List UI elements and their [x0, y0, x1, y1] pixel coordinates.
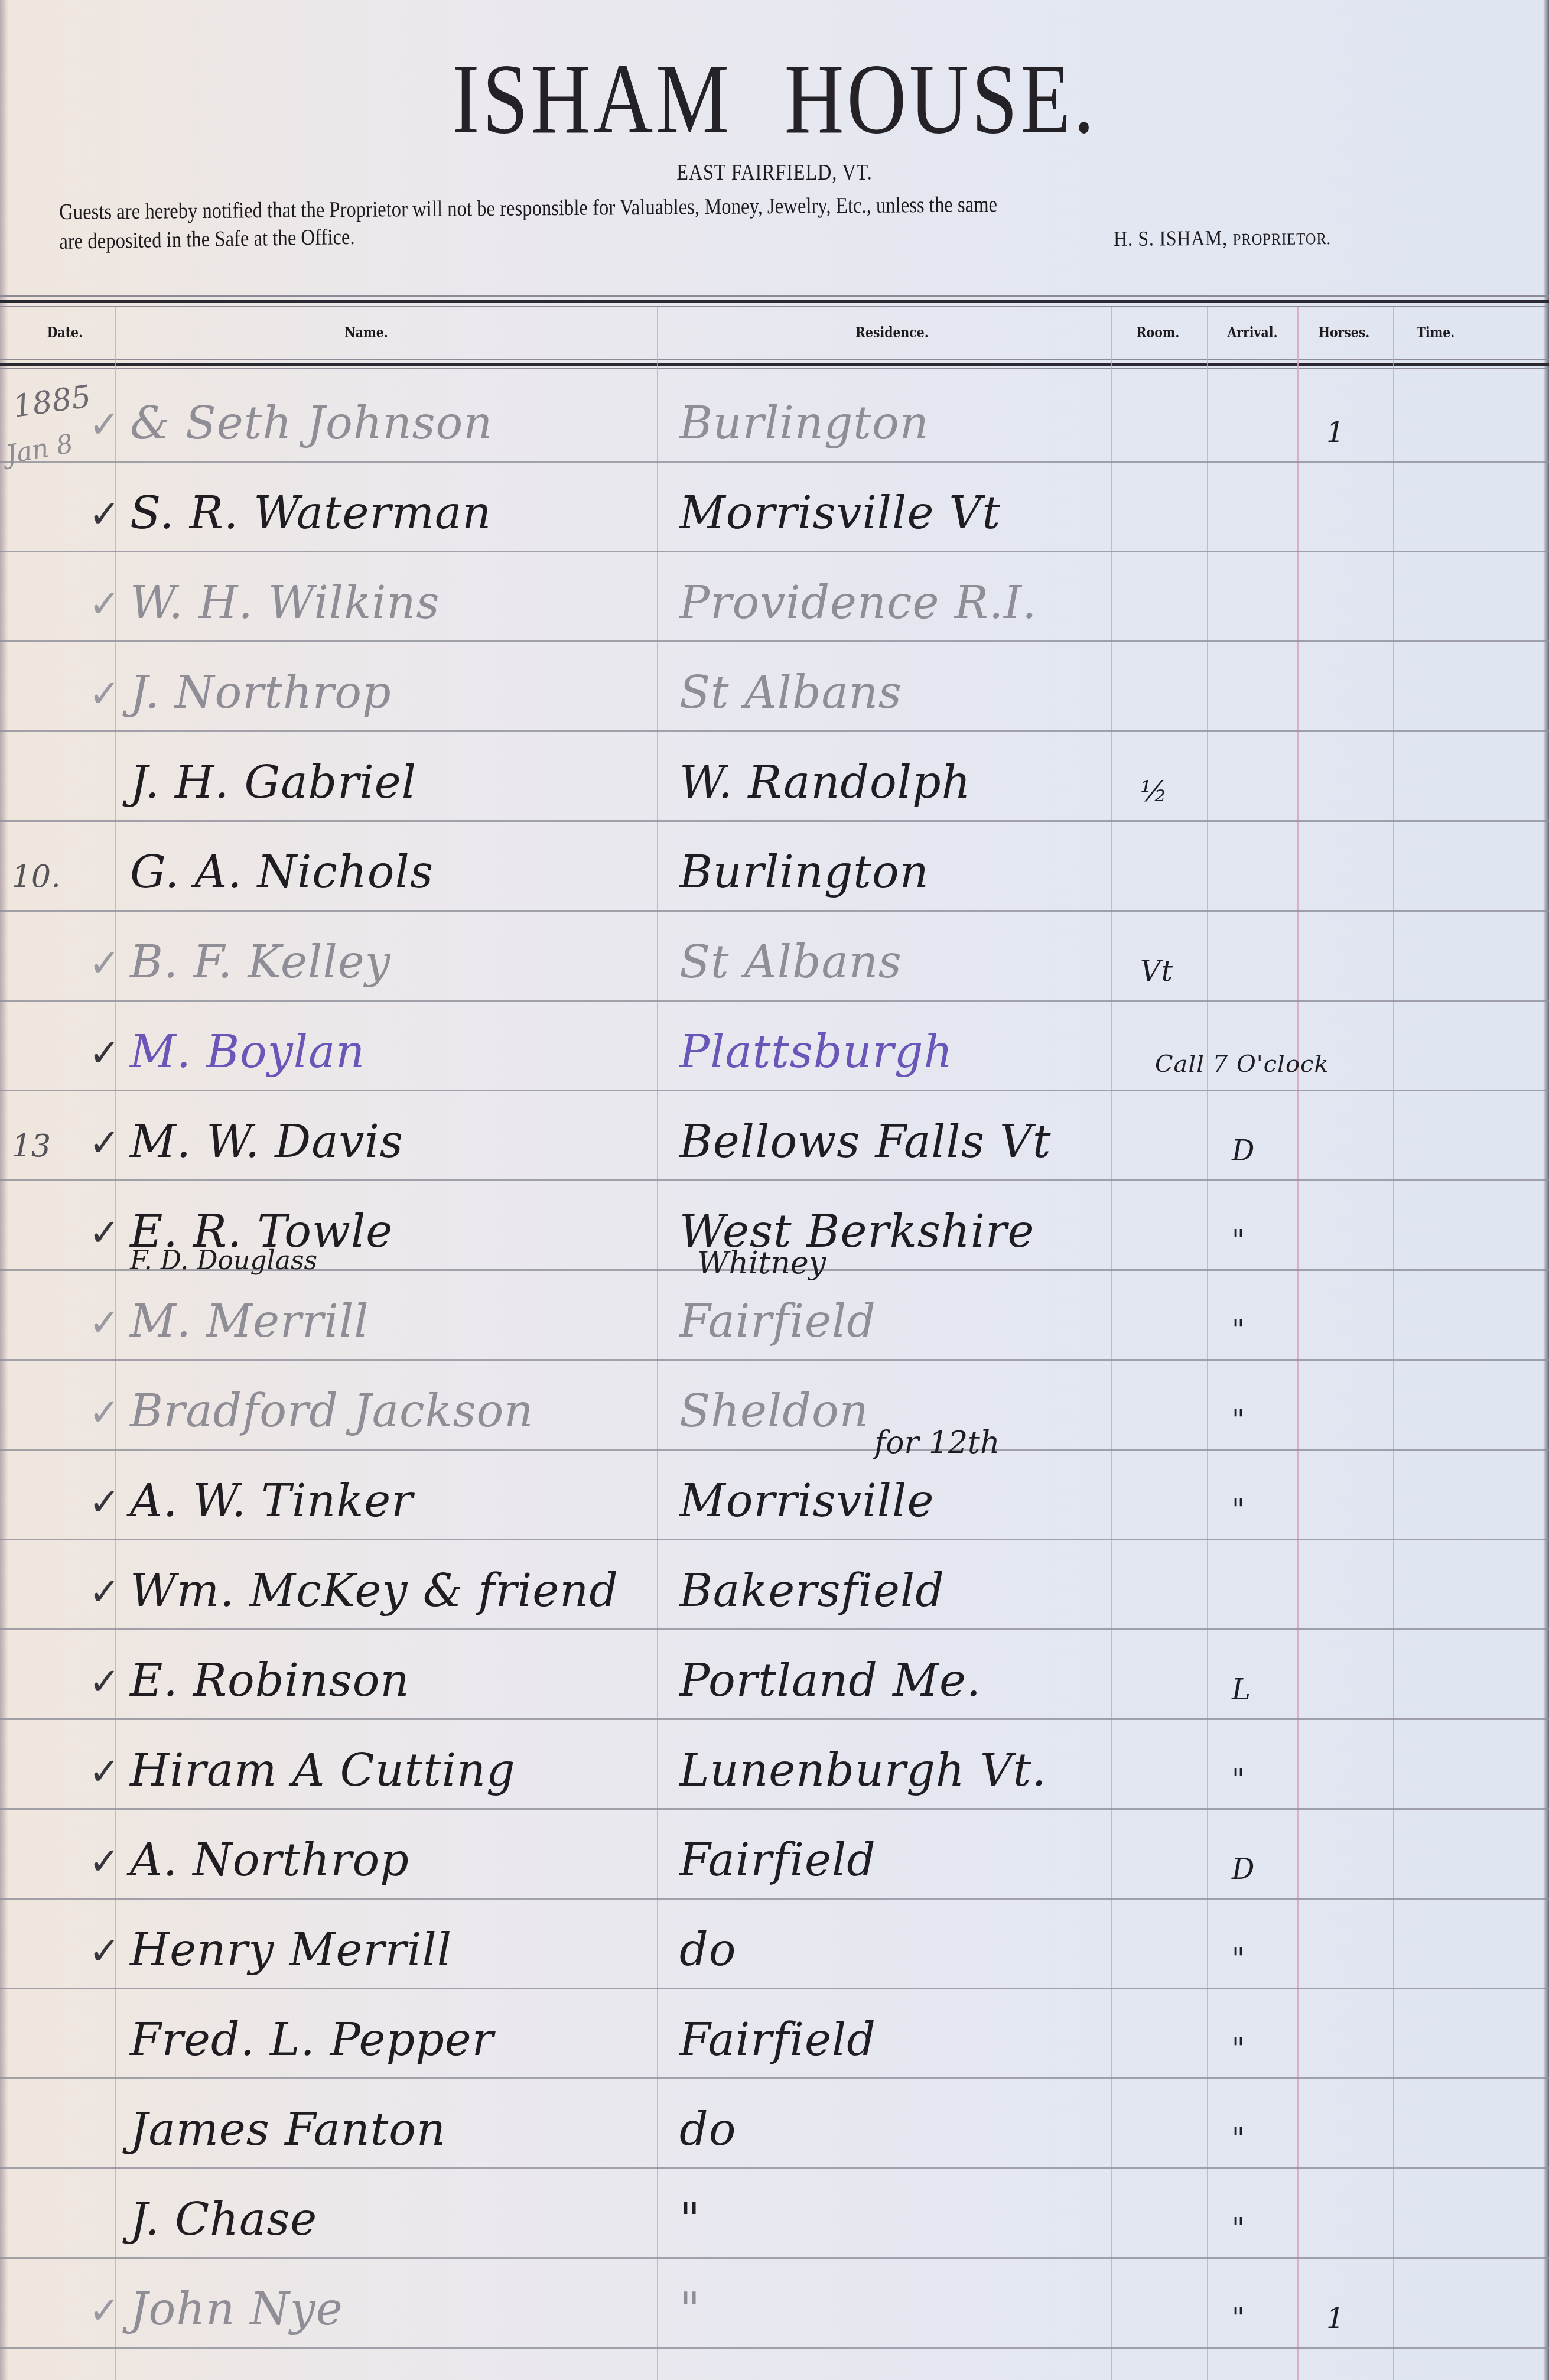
checkmark-icon: ✓ — [89, 1660, 121, 1704]
register-row: ✓ M. Merrill Fairfield " F. D. DouglassW… — [0, 1269, 1549, 1358]
checkmark-icon: ✓ — [89, 1391, 121, 1435]
guest-residence: Plattsburgh — [679, 1025, 953, 1078]
guest-name: G. A. Nichols — [130, 846, 434, 898]
guest-residence: Burlington — [679, 396, 929, 449]
arrival-value: D — [1232, 1134, 1255, 1168]
register-row: ✓ Henry Merrill do " — [0, 1898, 1549, 1986]
guest-name: Henry Merrill — [130, 1923, 452, 1976]
register-row: 10. G. A. Nichols Burlington — [0, 820, 1549, 909]
checkmark-icon: ✓ — [89, 1211, 121, 1255]
guest-name: M. Boylan — [130, 1025, 365, 1078]
guest-residence: " — [679, 2283, 701, 2335]
arrival-value: " — [1232, 1224, 1245, 1257]
guest-name: B. F. Kelley — [130, 935, 391, 988]
guest-name: J. Northrop — [130, 666, 392, 718]
entry-date: 10. — [12, 859, 61, 895]
register-row: ✓ S. R. Waterman Morrisville Vt — [0, 461, 1549, 550]
guest-residence: " — [679, 2193, 701, 2245]
entry-date: 13 — [12, 1129, 51, 1164]
arrival-value: " — [1232, 2212, 1245, 2245]
checkmark-icon: ✓ — [89, 672, 121, 716]
checkmark-icon: ✓ — [89, 403, 121, 447]
interlined-guest-name: F. D. Douglass — [130, 1246, 317, 1276]
register-row: ✓ W. H. Wilkins Providence R.I. — [0, 551, 1549, 639]
guest-name: Fred. L. Pepper — [130, 2013, 494, 2066]
guest-residence: do — [679, 2103, 736, 2155]
arrival-value: " — [1232, 1494, 1245, 1527]
checkmark-icon: ✓ — [89, 1121, 121, 1165]
guest-name: Wm. McKey & friend — [130, 1564, 619, 1617]
guest-name: A. W. Tinker — [130, 1474, 414, 1527]
guest-name: J. Chase — [130, 2193, 317, 2245]
checkmark-icon: ✓ — [89, 1032, 121, 1075]
checkmark-icon: ✓ — [89, 1301, 121, 1345]
guest-residence: Burlington — [679, 846, 929, 898]
guest-residence: Sheldon — [679, 1384, 869, 1437]
interlined-residence-note: for 12th — [874, 1425, 1000, 1461]
horses-value: 1 — [1326, 2302, 1345, 2335]
guest-name: M. Merrill — [130, 1295, 369, 1347]
guest-name: J. H. Gabriel — [130, 756, 416, 808]
register-row: ✓ B. F. Kelley St Albans Vt — [0, 910, 1549, 999]
register-row: ✓ E. Robinson Portland Me. L — [0, 1628, 1549, 1717]
guest-residence: Bellows Falls Vt — [679, 1115, 1052, 1168]
guest-residence: Morrisville Vt — [679, 486, 1001, 539]
guest-residence: Fairfield — [679, 2013, 876, 2066]
guest-name: E. Robinson — [130, 1654, 409, 1706]
register-row: ✓ A. Northrop Fairfield D — [0, 1808, 1549, 1897]
checkmark-icon: ✓ — [89, 2289, 121, 2333]
arrival-value: " — [1232, 1943, 1245, 1976]
room-value: ½ — [1140, 775, 1169, 808]
checkmark-icon: ✓ — [89, 1481, 121, 1524]
room-value: Vt — [1140, 955, 1173, 988]
arrival-value: Call 7 O'clock — [1155, 1051, 1329, 1078]
guest-name: Hiram A Cutting — [130, 1744, 516, 1796]
guest-residence: do — [679, 1923, 736, 1976]
arrival-value: " — [1232, 2302, 1245, 2335]
arrival-value: " — [1232, 1763, 1245, 1796]
guest-name: James Fanton — [130, 2103, 446, 2155]
register-row: ✓ Hiram A Cutting Lunenburgh Vt. " — [0, 1718, 1549, 1807]
register-row: ✓ & Seth Johnson Burlington 1 — [0, 371, 1549, 460]
guest-residence: Providence R.I. — [679, 576, 1037, 629]
register-row: J. Chase " " — [0, 2167, 1549, 2256]
guest-residence: Lunenburgh Vt. — [679, 1744, 1047, 1796]
guest-residence: Fairfield — [679, 1833, 876, 1886]
guest-residence: Morrisville — [679, 1474, 934, 1527]
arrival-value: " — [1232, 1404, 1245, 1437]
checkmark-icon: ✓ — [89, 942, 121, 986]
guest-name: & Seth Johnson — [130, 396, 493, 449]
arrival-value: " — [1232, 2122, 1245, 2155]
guest-name: A. Northrop — [130, 1833, 409, 1886]
checkmark-icon: ✓ — [89, 583, 121, 626]
checkmark-icon: ✓ — [89, 1930, 121, 1973]
register-row: ✓ John Nye " " 1 — [0, 2257, 1549, 2346]
guest-name: W. H. Wilkins — [130, 576, 440, 629]
guest-name: M. W. Davis — [130, 1115, 403, 1168]
guest-residence: Portland Me. — [679, 1654, 981, 1706]
register-row: 13 ✓ M. W. Davis Bellows Falls Vt D — [0, 1090, 1549, 1178]
guest-name: Bradford Jackson — [130, 1384, 533, 1437]
guest-residence: St Albans — [679, 935, 902, 988]
arrival-value: L — [1232, 1673, 1251, 1706]
register-row: ✓ Wm. McKey & friend Bakersfield — [0, 1539, 1549, 1627]
guest-residence: Bakersfield — [679, 1564, 945, 1617]
arrival-value: " — [1232, 2033, 1245, 2066]
guest-register-entries: ✓ & Seth Johnson Burlington 1 ✓ S. R. Wa… — [0, 0, 1549, 2380]
arrival-value: D — [1232, 1853, 1255, 1886]
horses-value: 1 — [1326, 416, 1345, 449]
checkmark-icon: ✓ — [89, 1840, 121, 1884]
guest-residence: W. Randolph — [679, 756, 971, 808]
guest-name: S. R. Waterman — [130, 486, 492, 539]
register-row: James Fanton do " — [0, 2077, 1549, 2166]
checkmark-icon: ✓ — [89, 1750, 121, 1794]
register-row: ✓ M. Boylan Plattsburgh Call 7 O'clock — [0, 1000, 1549, 1088]
arrival-value: " — [1232, 1314, 1245, 1347]
register-row: J. H. Gabriel W. Randolph ½ — [0, 730, 1549, 819]
guest-residence: St Albans — [679, 666, 902, 718]
register-row: Fred. L. Pepper Fairfield " — [0, 1988, 1549, 2076]
register-row: ✓ J. Northrop St Albans — [0, 640, 1549, 729]
interlined-residence-note: Whitney — [697, 1246, 826, 1281]
register-row: ✓ A. W. Tinker Morrisville " for 12th — [0, 1449, 1549, 1537]
guest-residence: Fairfield — [679, 1295, 876, 1347]
checkmark-icon: ✓ — [89, 1571, 121, 1614]
guest-name: John Nye — [130, 2283, 343, 2335]
register-row: ✓ Bradford Jackson Sheldon " — [0, 1359, 1549, 1448]
checkmark-icon: ✓ — [89, 493, 121, 537]
